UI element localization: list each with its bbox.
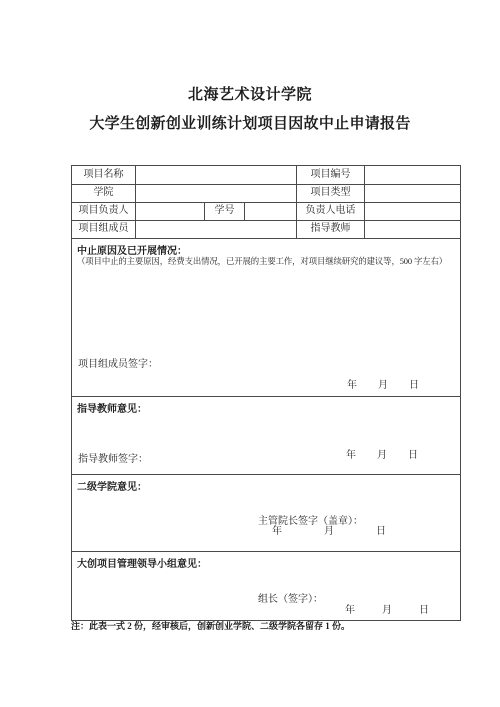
members-signature-label: 项目组成员签字： [78, 355, 158, 370]
college-field[interactable] [136, 185, 297, 202]
section-advisor-opinion[interactable]: 指导教师意见： 指导教师签字： 年 月 日 [72, 396, 460, 474]
year-label: 年 [346, 451, 356, 461]
year-label: 年 [345, 606, 355, 616]
year-label: 年 [347, 381, 357, 391]
application-form-table: 项目名称 项目编号 学院 项目类型 项目负责人 学号 负责人电话 项目组成员 指… [71, 165, 461, 621]
leader-phone-field[interactable] [365, 203, 460, 220]
leader-label: 项目负责人 [72, 203, 136, 220]
month-label: 月 [378, 381, 388, 391]
section-committee-opinion[interactable]: 大创项目管理领导小组意见： 组长（签字）： 年 月 日 [72, 551, 460, 620]
month-label: 月 [377, 451, 387, 461]
copies-footnote: 注：此表一式 2 份，经审核后，创新创业学院、二级学院各留存 1 份。 [71, 619, 471, 632]
student-id-field[interactable] [245, 203, 297, 220]
application-report-page: 北海艺术设计学院 大学生创新创业训练计划项目因故中止申请报告 项目名称 项目编号… [0, 0, 500, 707]
student-id-label: 学号 [205, 203, 245, 220]
project-number-label: 项目编号 [297, 166, 365, 184]
section-college-opinion[interactable]: 二级学院意见： 主管院长签字（盖章）： 年 月 日 [72, 474, 460, 551]
row-leader: 项目负责人 学号 负责人电话 [72, 202, 460, 220]
project-name-field[interactable] [136, 166, 297, 184]
advisor-opinion-title: 指导教师意见： [77, 400, 147, 415]
advisor-label: 指导教师 [297, 221, 365, 238]
project-number-field[interactable] [365, 166, 460, 184]
document-title: 大学生创新创业训练计划项目因故中止申请报告 [0, 112, 500, 133]
day-label: 日 [409, 381, 419, 391]
termination-reason-hint: （项目中止的主要原因，经费支出情况，已开展的主要工作，对项目继续研究的建议等，5… [77, 255, 457, 267]
committee-date-line: 年 月 日 [345, 606, 429, 616]
row-college: 学院 项目类型 [72, 184, 460, 202]
row-members: 项目组成员 指导教师 [72, 220, 460, 238]
advisor-date-line: 年 月 日 [346, 451, 418, 461]
day-label: 日 [376, 527, 386, 537]
project-type-label: 项目类型 [297, 185, 365, 202]
school-name-title: 北海艺术设计学院 [0, 83, 500, 104]
row-project-name: 项目名称 项目编号 [72, 166, 460, 184]
day-label: 日 [408, 451, 418, 461]
college-label: 学院 [72, 185, 136, 202]
members-label: 项目组成员 [72, 221, 136, 238]
college-date-line: 年 月 日 [272, 527, 386, 537]
termination-date-line: 年 月 日 [347, 381, 419, 391]
day-label: 日 [419, 606, 429, 616]
dean-signature-label: 主管院长签字（盖章）： [258, 512, 363, 527]
advisor-signature-label: 指导教师签字： [78, 450, 148, 465]
college-opinion-title: 二级学院意见： [77, 478, 147, 493]
members-field[interactable] [136, 221, 297, 238]
group-leader-signature-label: 组长（签字）： [258, 590, 323, 605]
month-label: 月 [324, 527, 334, 537]
leader-phone-label: 负责人电话 [297, 203, 365, 220]
section-termination-reason[interactable]: 中止原因及已开展情况： （项目中止的主要原因，经费支出情况，已开展的主要工作，对… [72, 238, 460, 396]
year-label: 年 [272, 527, 282, 537]
month-label: 月 [382, 606, 392, 616]
committee-opinion-title: 大创项目管理领导小组意见： [77, 555, 207, 570]
advisor-field[interactable] [365, 221, 460, 238]
project-type-field[interactable] [365, 185, 460, 202]
leader-field[interactable] [136, 203, 205, 220]
project-name-label: 项目名称 [72, 166, 136, 184]
